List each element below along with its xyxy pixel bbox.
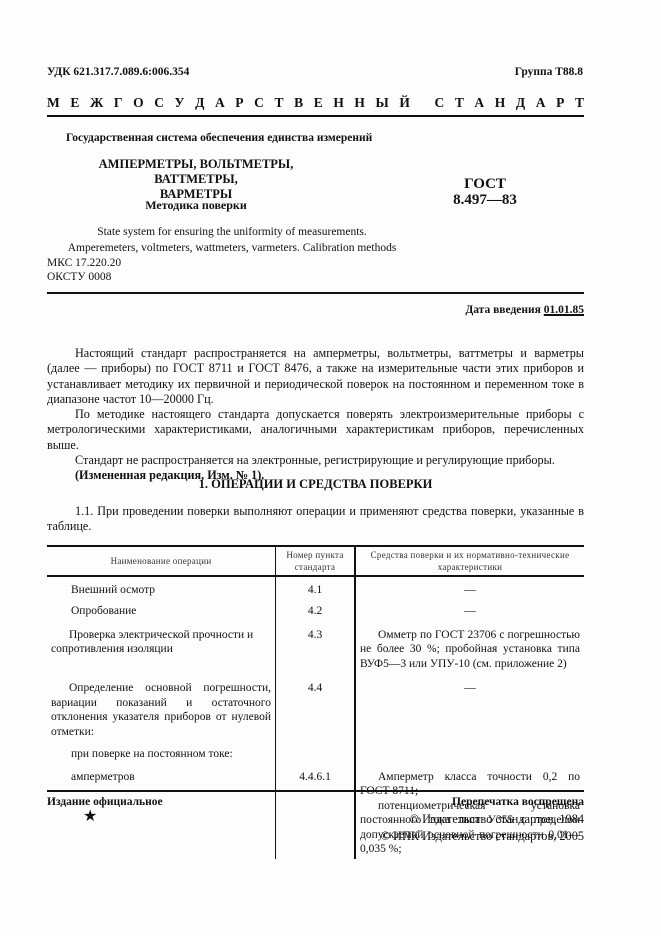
paragraph: Настоящий стандарт распространяется на а… [47, 346, 584, 407]
column-header: Номер пункта стандарта [276, 546, 356, 576]
table-row: Внешний осмотр 4.1 — [47, 576, 584, 600]
gost-designation: ГОСТ 8.497—83 [430, 176, 540, 208]
section-heading: 1. ОПЕРАЦИИ И СРЕДСТВА ПОВЕРКИ [47, 477, 584, 492]
interstate-standard-heading: М Е Ж Г О С У Д А Р С Т В Е Н Н Ы Й С Т … [47, 95, 584, 111]
column-header: Наименование операции [47, 546, 276, 576]
paragraph: По методике настоящего стандарта допуска… [47, 407, 584, 453]
middle-divider [47, 292, 584, 294]
document-title: АМПЕРМЕТРЫ, ВОЛЬТМЕТРЫ, ВАТТМЕТРЫ, ВАРМЕ… [66, 157, 326, 202]
table-row: при поверке на постоянном токе: [47, 741, 584, 764]
table-row: Опробование 4.2 — [47, 600, 584, 622]
table-row: Проверка электрической прочности и сопро… [47, 622, 584, 680]
system-title: Государственная система обеспечения един… [66, 132, 372, 144]
udk-code: УДК 621.317.7.089.6:006.354 [47, 66, 189, 78]
table-row: Определение основной погрешности, вариац… [47, 679, 584, 741]
clause-1-1: 1.1. При проведении поверки выполняют оп… [47, 504, 584, 535]
english-title: State system for ensuring the uniformity… [47, 224, 417, 256]
table-header-row: Наименование операции Номер пункта станд… [47, 546, 584, 576]
group-code: Группа Т88.8 [515, 66, 583, 78]
top-divider [47, 115, 584, 117]
column-header: Средства поверки и их нормативно-техниче… [355, 546, 584, 576]
official-edition-label: Издание официальное [47, 796, 163, 808]
effective-date: Дата введения 01.01.85 [465, 304, 584, 316]
reprint-prohibited-label: Перепечатка воспрещена [452, 796, 584, 808]
copyright-block: © Издательство стандартов, 1984 © ИПК Из… [381, 811, 584, 845]
bottom-divider [47, 790, 584, 792]
intro-paragraphs: Настоящий стандарт распространяется на а… [47, 346, 584, 484]
paragraph: Стандарт не распространяется на электрон… [47, 453, 584, 468]
classification-codes: МКС 17.220.20 ОКСТУ 0008 [47, 256, 121, 284]
document-subtitle: Методика поверки [66, 198, 326, 213]
star-icon: ★ [83, 806, 97, 826]
